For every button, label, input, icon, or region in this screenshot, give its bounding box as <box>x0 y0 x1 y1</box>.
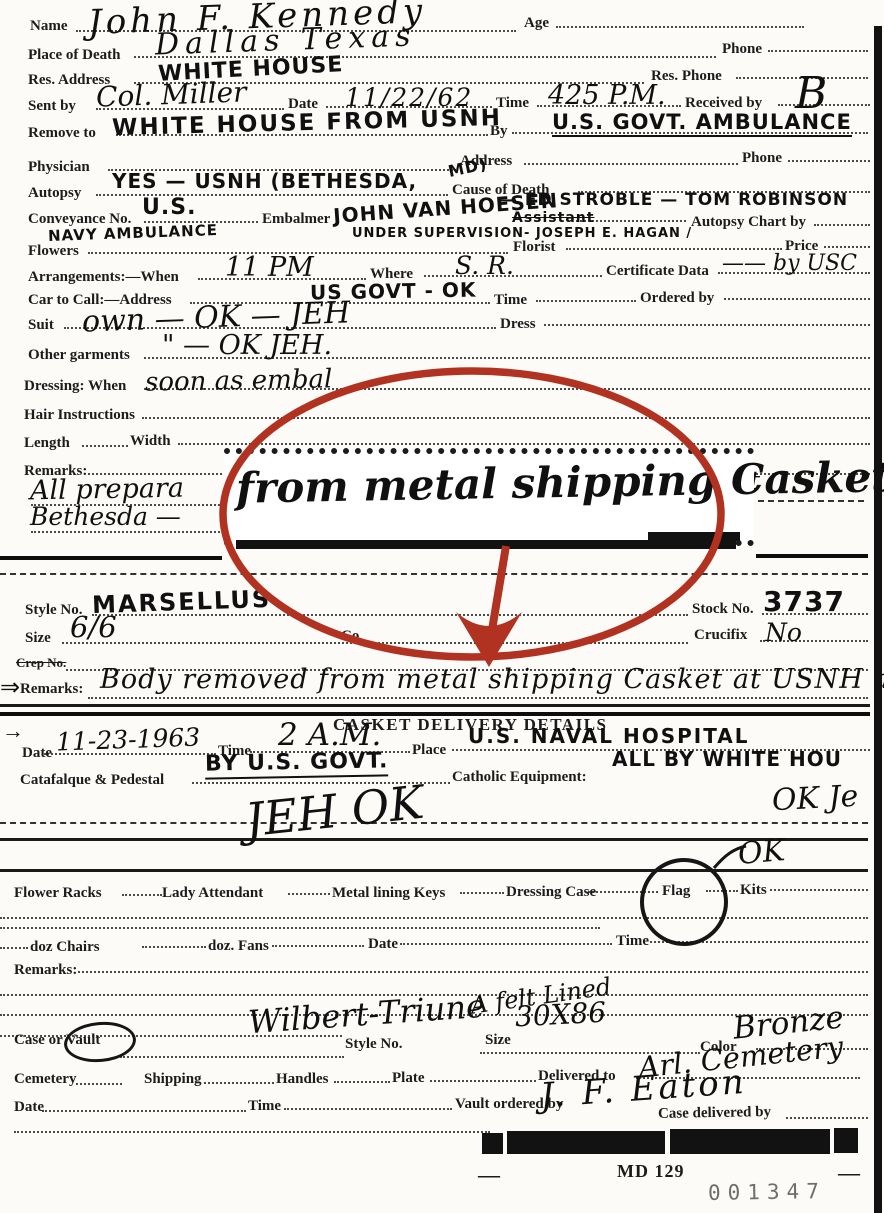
age-label: Age <box>524 16 549 31</box>
arrangements-label: Arrangements:—When <box>28 270 179 285</box>
flowers-label: Flowers <box>28 244 79 259</box>
ruled-line <box>204 1082 274 1084</box>
ruled-line <box>566 248 782 250</box>
footer-dash-left: — <box>478 1164 500 1186</box>
ruled-line <box>14 1131 490 1133</box>
lady-attendant-label: Lady Attendant <box>162 886 263 901</box>
ruled-line <box>142 946 206 948</box>
vault-time-label: Time <box>248 1099 281 1114</box>
ruled-line <box>88 697 868 699</box>
physician-phone-label: Phone <box>742 151 782 166</box>
ruled-line <box>78 971 868 973</box>
autopsy-value: YES — USNH (BETHESDA, <box>112 171 417 191</box>
ruled-line <box>544 324 870 326</box>
stamp-number: 001347 <box>708 1181 826 1204</box>
dressing-when-value: soon as embal <box>145 366 333 395</box>
crep-no-label: Crep No. <box>16 656 66 669</box>
ruled-line <box>178 443 870 445</box>
footer-dash-right: — <box>838 1162 860 1184</box>
embalmer-value-2: — ED STROBLE — TOM ROBINSON <box>500 192 848 209</box>
sent-time-value: 425 P.M. <box>548 82 666 109</box>
catholic-equipment-value: ALL BY WHITE HOU <box>612 749 842 769</box>
ruled-line <box>62 642 688 644</box>
ruled-line <box>814 224 870 226</box>
conveyance-value-2: NAVY AMBULANCE <box>48 223 218 244</box>
vault-style-label: Style No. <box>345 1037 403 1052</box>
by-label: By <box>490 124 508 139</box>
ruled-line <box>272 945 364 947</box>
covered-label-fragment: Co <box>341 629 359 644</box>
where-value: S. R. <box>455 253 514 278</box>
ruled-line <box>400 943 612 945</box>
other-garments-label: Other garments <box>28 348 130 363</box>
dress-label: Dress <box>500 317 536 332</box>
ruled-line <box>786 1117 868 1119</box>
ruled-line <box>524 163 738 165</box>
ordered-by-label: Ordered by <box>640 291 714 306</box>
vault-style-value: Wilbert-Triune <box>247 990 486 1038</box>
width-label: Width <box>130 434 171 449</box>
ruled-line <box>31 531 243 533</box>
dressing-case-label: Dressing Case <box>506 885 596 900</box>
embalmer-struck-word: Assistant <box>512 211 594 225</box>
embalmer-label: Embalmer <box>262 212 330 227</box>
ruled-line <box>0 704 870 707</box>
prep-remarks-line1: All prepara <box>30 475 184 505</box>
name-label: Name <box>30 19 68 34</box>
ruled-line <box>82 445 128 447</box>
by-value: U.S. GOVT. AMBULANCE <box>552 112 852 137</box>
case-delivered-by-label: Case delivered by <box>658 1105 771 1122</box>
ruled-line <box>556 26 804 28</box>
autopsy-chart-label: Autopsy Chart by <box>691 215 806 230</box>
ruled-line <box>724 298 870 300</box>
autopsy-label: Autopsy <box>28 186 81 201</box>
ruled-line <box>756 554 868 558</box>
ruled-line <box>42 1110 246 1112</box>
dressing-when-label: Dressing: When <box>24 379 126 394</box>
ruled-line <box>122 894 162 896</box>
jeh-ok-annotation: JEH OK <box>243 779 426 843</box>
delivery-date-value: 11-23-1963 <box>56 724 201 754</box>
ruled-line <box>0 927 600 929</box>
kits-label: Kits <box>740 883 767 898</box>
casket-remarks-value: Body removed from metal shipping Casket … <box>100 666 884 693</box>
scanned-funeral-record-form: Name John F. Kennedy Age Place of Death … <box>0 0 884 1213</box>
ruled-line <box>770 889 868 891</box>
ruled-line <box>0 869 868 872</box>
ruled-line <box>142 417 870 419</box>
form-number: MD 129 <box>617 1162 685 1180</box>
ruled-line <box>0 947 28 949</box>
physician-label: Physician <box>28 160 90 175</box>
ruled-line <box>0 556 222 560</box>
received-by-label: Received by <box>685 96 762 111</box>
ruled-line <box>0 573 868 575</box>
style-no-value: MARSELLUS <box>92 587 272 617</box>
date-pointer-arrow: → <box>2 720 24 742</box>
car-time-label: Time <box>494 293 527 308</box>
scan-edge-bar <box>874 26 882 1213</box>
catholic-equipment-label: Catholic Equipment: <box>452 770 587 785</box>
ruled-line <box>824 246 870 248</box>
redaction-bar <box>507 1131 665 1154</box>
ruled-line <box>768 50 868 52</box>
certificate-data-value: —— by USC <box>722 253 857 275</box>
doz-fans-label: doz. Fans <box>208 939 269 954</box>
casket-remarks-label: Remarks: <box>20 682 83 697</box>
ruled-line <box>536 300 636 302</box>
autopsy-value-md: MD) <box>447 156 489 180</box>
remarks-pointer-arrow: ⇒ <box>0 676 20 700</box>
ruled-line <box>288 893 330 895</box>
magnified-inset-text: from metal shipping Casket <box>236 456 884 509</box>
delivery-remarks-label: Remarks: <box>14 963 77 978</box>
catafalque-label: Catafalque & Pedestal <box>20 773 164 788</box>
place-of-death-label: Place of Death <box>28 48 120 63</box>
ok-flag-annotation: OK <box>737 836 786 870</box>
catafalque-value: BY U.S. GOVT. <box>205 750 389 779</box>
vault-size-value: 30X86 <box>514 999 607 1032</box>
inset-heavy-underline-blob <box>648 532 740 541</box>
vault-size-label: Size <box>485 1033 511 1048</box>
certificate-data-label: Certificate Data <box>606 264 709 279</box>
florist-label: Florist <box>513 240 556 255</box>
ruled-line <box>334 1081 390 1083</box>
ruled-line <box>430 1080 536 1082</box>
chairs-time-label: Time <box>616 934 649 949</box>
conveyance-value: U.S. <box>142 197 196 219</box>
other-garments-value: " — OK JEH. <box>162 332 332 359</box>
crucifix-label: Crucifix <box>694 628 747 643</box>
ruled-line <box>0 822 868 824</box>
highlight-arrow-head <box>456 612 522 667</box>
size-value: 6/6 <box>70 613 117 642</box>
shipping-label: Shipping <box>144 1072 202 1087</box>
delivery-date-label: Date <box>22 746 52 761</box>
chairs-date-label: Date <box>368 937 398 952</box>
crucifix-value: No <box>765 620 802 645</box>
ruled-line <box>460 892 504 894</box>
prep-remarks-line2: Bethesda — <box>30 504 181 529</box>
doz-chairs-label: doz Chairs <box>30 940 100 955</box>
remove-to-label: Remove to <box>28 126 96 141</box>
delivery-place-value: U.S. NAVAL HOSPITAL <box>468 726 750 746</box>
redaction-bar <box>834 1128 858 1153</box>
vault-date-label: Date <box>14 1100 44 1115</box>
highlight-arrow-shaft <box>491 546 506 636</box>
size-label: Size <box>25 631 51 646</box>
redaction-bar <box>482 1133 503 1154</box>
sent-by-value: Col. Miller <box>96 78 247 111</box>
flower-racks-label: Flower Racks <box>14 886 102 901</box>
arrangements-when-value: 11 PM <box>225 254 314 281</box>
stock-no-label: Stock No. <box>692 602 754 617</box>
redaction-bar <box>670 1129 830 1154</box>
inset-heavy-underline <box>236 540 736 549</box>
ruled-line <box>0 917 868 919</box>
ruled-line <box>120 1056 344 1058</box>
phone-label: Phone <box>722 42 762 57</box>
stock-no-value: 3737 <box>763 588 845 616</box>
cemetery-label: Cemetery <box>14 1072 76 1087</box>
delivery-place-label: Place <box>412 743 446 758</box>
hair-instructions-label: Hair Instructions <box>24 408 135 423</box>
vault-hand-circle <box>62 1019 137 1065</box>
ok-je-annotation: OK Je <box>771 782 859 816</box>
metal-lining-keys-label: Metal lining Keys <box>332 886 445 901</box>
ruled-line <box>284 1108 452 1110</box>
sent-by-label: Sent by <box>28 99 76 114</box>
ruled-line <box>76 1083 122 1085</box>
plate-label: Plate <box>392 1071 424 1086</box>
delivery-time-value: 2 A.M. <box>278 720 381 751</box>
ruled-line <box>788 160 870 162</box>
length-label: Length <box>24 436 70 451</box>
handles-label: Handles <box>276 1072 329 1087</box>
suit-label: Suit <box>28 318 54 333</box>
